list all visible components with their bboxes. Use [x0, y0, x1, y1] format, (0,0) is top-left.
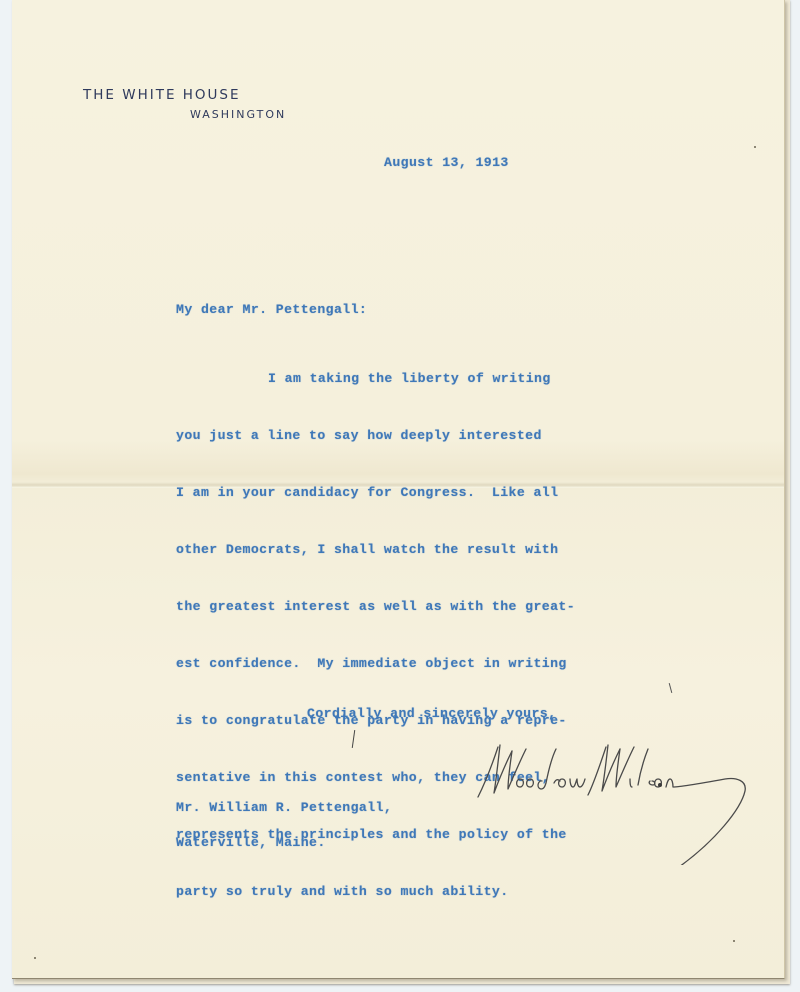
letterhead-location: WASHINGTON: [190, 108, 286, 121]
body-line: est confidence. My immediate object in w…: [176, 655, 575, 682]
signature: [470, 735, 760, 870]
recipient-address: Waterville, Maine.: [176, 835, 326, 850]
paper-speck: [733, 940, 735, 942]
letterhead: THE WHITE HOUSE WASHINGTON: [83, 87, 286, 121]
body-line: I am in your candidacy for Congress. Lik…: [176, 484, 575, 511]
recipient-name: Mr. William R. Pettengall,: [176, 800, 392, 815]
body-line: I am taking the liberty of writing: [176, 370, 575, 397]
paper-speck: [754, 146, 756, 148]
letterhead-title: THE WHITE HOUSE: [83, 87, 286, 103]
signature-icon: [470, 735, 760, 865]
body-line: party so truly and with so much ability.: [176, 883, 575, 910]
body-line: other Democrats, I shall watch the resul…: [176, 541, 575, 568]
paper-speck: [34, 957, 36, 959]
salutation: My dear Mr. Pettengall:: [176, 302, 367, 317]
closing: Cordially and sincerely yours,: [307, 706, 556, 721]
body-line: the greatest interest as well as with th…: [176, 598, 575, 625]
letter-date: August 13, 1913: [384, 155, 509, 170]
body-line: you just a line to say how deeply intere…: [176, 427, 575, 454]
